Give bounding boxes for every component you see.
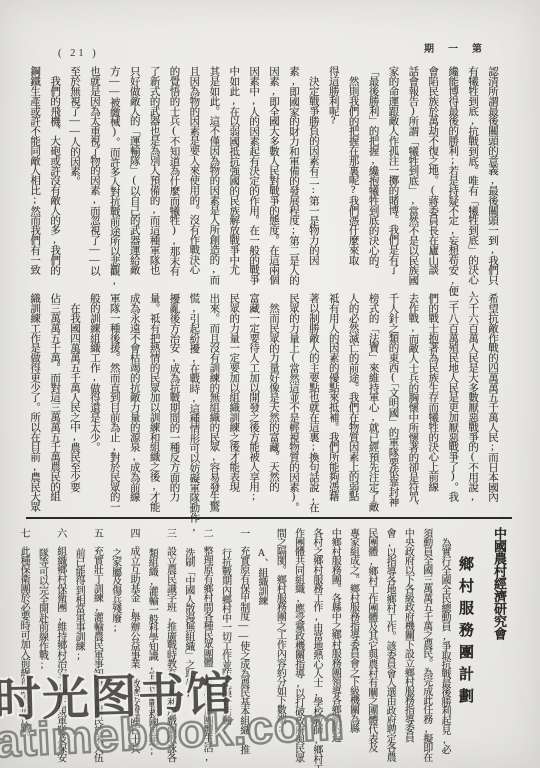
text-column: 須動員全國三萬萬五千萬之農民。為完成此任務,擬即在	[416, 528, 434, 768]
section-divider-rule	[26, 517, 512, 519]
text-column: 希望抗敵作戰的四萬萬五千萬人民;而日本國內	[482, 293, 502, 519]
text-column: 祗有用人的因素的優點來抵補。我們所能夠憑藉	[323, 293, 343, 519]
text-column: 因素中,人的因素起有決定的作用。在一般的戰爭	[243, 66, 263, 292]
text-column: 織訓練工作是做得更少了。所以在目前,農民大眾	[24, 293, 44, 519]
item-number: 七	[18, 528, 29, 537]
text-column: 素,即國家的財力和軍備的發展程度;第二是人的	[283, 66, 303, 292]
text-column: 然而民眾的力量好像是天然的富藏。天然的	[263, 293, 283, 519]
text-column: 了新式的武器也是為別人預備的,而這種軍隊也	[144, 66, 164, 292]
text-column: 「最後勝利」的把握,纔抱犧牲到底的決心的。	[363, 66, 383, 292]
text-column: 成為永遠不會枯竭的抗敵力量的源泉,成為前線	[124, 293, 144, 519]
text-column: 專家組成之。鄉村服務指導委員會之下級機關為縣	[343, 528, 361, 768]
text-column: 家的命運跟敵人作孤注一擲的賭博。我們是有了	[383, 66, 403, 292]
text-column: 般的訓練組織工作,做得還是太少。	[84, 293, 104, 519]
text-column: 方——被繳械)。而許多人對抗戰前途所以悲觀,	[104, 66, 124, 292]
item-number: 一	[238, 528, 249, 537]
text-column: 佔三萬萬五千萬。而對這三萬萬五千萬農民的組	[44, 293, 64, 519]
text-column: 我們的飛機、大砲或許沒有敵人的多,我們的	[44, 66, 64, 292]
item-number: 四	[128, 528, 139, 537]
item-number: 二	[201, 528, 212, 537]
text-column: 榜式的「法寶」來維持軍心,就已經預先注定了敵	[363, 293, 383, 519]
text-column: 鋼鐵生產或許不能同敵人相比;然而我們有一致	[24, 66, 44, 292]
text-column: 認清所謂最後關頭的意義,最後關頭一到,我們只	[482, 66, 502, 292]
text-column: 富藏一定要待人工加以開發之後方能被人享用;	[243, 293, 263, 519]
text-column: 去作戰,而敵人士兵的胸懷中所懷著的卻是符咒、	[402, 293, 422, 519]
text-column: 也就是因為太重視了物的因素,而忽視了——以	[84, 66, 104, 292]
text-column: 至於無視了——人的因素。	[64, 66, 84, 292]
page-number: ( 21 )	[58, 48, 99, 59]
text-column: 民眾的力量一定要加以組織訓練之後才能表現	[223, 293, 243, 519]
paper-background: 期一第 ( 21 ) 認清所謂最後關頭的意義,最後關頭一到,我們只 有犧牲到底,…	[0, 0, 540, 768]
issue-header: 期一第	[424, 40, 534, 55]
text-column: 會,以指導各地鄉村工作。該委員會人選由政府聘定各農	[380, 528, 398, 768]
text-column: 中如此,在以弱國抵抗強國的民族解放戰爭中尤	[223, 66, 243, 292]
text-column: 決定戰爭勝負的因素有二:第一是物力的因	[303, 66, 323, 292]
text-column: 著以制勝敵人的主要點也就在這裏;換句話說,在	[303, 293, 323, 519]
article-band-2: 希望抗敵作戰的四萬萬五千萬人民;而日本國內 六千六百萬人民是大多數厭惡戰爭的(不…	[24, 293, 502, 519]
article-band-1: 認清所謂最後關頭的意義,最後關頭一到,我們只 有犧牲到底,抗戰到底。唯有「犧牲到…	[24, 66, 502, 292]
text-column: 擾亂後方治安,成為抗戰期間的一種反方面的力	[164, 293, 184, 519]
text-column: 千人針之類的東西(「文明國」的軍隊要依靠封神	[383, 293, 403, 519]
text-column: 話會報告)所謂「犧牲到底」,當然不是以民族國	[402, 66, 422, 292]
item-number: 六	[55, 528, 66, 537]
text-column: 民眾的力量上(當然這並不是輕視物質的因素)。	[283, 293, 303, 519]
scanned-journal-page: { "page": { "issue_label": "期一第", "page_…	[0, 0, 540, 768]
text-column: 軍隊一種後援。然而直到目前為止,對於民眾的一	[104, 293, 124, 519]
item-number: 五	[91, 528, 102, 537]
plan-title: 鄉村服務團計劃	[455, 556, 476, 766]
text-column: 其是如此。這不僅因為物的因素是人所創造的,而	[203, 66, 223, 292]
text-column: 量。祗有把熱情的民眾加以訓練和組織之後,才能	[144, 293, 164, 519]
text-column: 且因為物的因素是要人來使用的。沒有作戰決心	[184, 66, 204, 292]
text-column: 纔能博得最後的勝利;若是持疑不定,妄想苟安,便	[442, 66, 462, 292]
organization-title: 中國農村經濟研究會	[490, 527, 509, 742]
text-column: 的覺悟的士兵(不知道為什麼而犧牲),那末有	[164, 66, 184, 292]
text-column: 因素,即全國大多數人民對戰爭的態度。在這兩個	[263, 66, 283, 292]
text-column: 在我國四萬萬五千萬人民之中,農民至少要	[64, 293, 84, 519]
text-column: 只好做敵人的「運輸隊」(以自己的武器運給敵	[124, 66, 144, 292]
item-number: 三	[165, 528, 176, 537]
text-column: 民團體,鄉村工作團體及其它與農村有關之團體代表及	[362, 528, 380, 768]
text-column: 慌,引起紛擾,在戰時,這種情形可以妨礙軍隊動作,	[184, 293, 204, 519]
text-column: 六千六百萬人民是大多數厭惡戰爭的(不用說,	[462, 293, 482, 519]
text-column: 為實行全國全民總動員,爭取抗戰最後勝利起見,必	[435, 528, 453, 768]
text-column: 然則我們的把握在那裏呢?我們憑什麼來取	[343, 66, 363, 292]
text-column: 會陷民族於萬劫不復之地。(蔣委員長在廬山談	[422, 66, 442, 292]
text-column: 出來。而且沒有訓練的無組織的民眾,容易發生驚	[203, 293, 223, 519]
text-column: 有犧牲到底,抗戰到底。唯有「犧牲到底」的決心,	[462, 66, 482, 292]
text-column: 二千八百萬殖民地人民是更加厭惡戰爭了)。我	[442, 293, 462, 519]
text-column: 人的必然滅亡的前途。我們在物質因素上的弱點	[343, 293, 363, 519]
text-column: 們的戰士抱著為民族生存而犧牲的決心上前線	[422, 293, 442, 519]
text-column: 中央政府以下各級政府機關下設立鄉村服務指導委員	[398, 528, 416, 768]
text-column: 得這勝利呢?	[323, 66, 343, 292]
